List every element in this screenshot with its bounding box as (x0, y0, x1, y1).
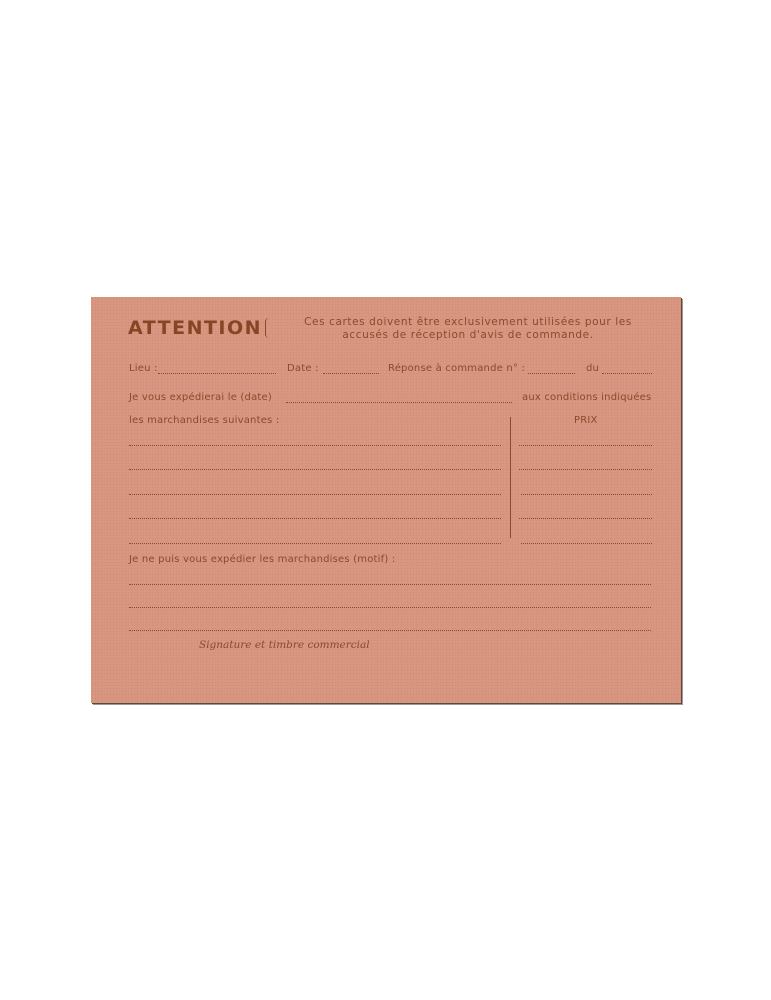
price-column-divider (510, 417, 511, 538)
motif-line-3[interactable] (129, 630, 651, 631)
lieu-field[interactable] (158, 373, 276, 374)
expedition-date-field[interactable] (286, 402, 512, 403)
signature-label: Signature et timbre commercial (199, 639, 370, 651)
usage-notice: Ces cartes doivent être exclusivement ut… (283, 316, 653, 342)
goods-line-2[interactable] (129, 469, 501, 470)
price-line-2[interactable] (519, 469, 652, 470)
refusal-motif-label: Je ne puis vous expédier les marchandise… (129, 554, 395, 565)
attention-title: ATTENTION (128, 317, 262, 339)
reponse-commande-label: Réponse à commande n° : (388, 363, 525, 374)
price-line-3[interactable] (521, 494, 652, 495)
date-field[interactable] (323, 373, 379, 374)
date-label: Date : (287, 363, 319, 374)
price-line-4[interactable] (519, 518, 652, 519)
usage-notice-line-2: accusés de réception d'avis de commande. (283, 329, 653, 342)
du-label: du (586, 363, 599, 374)
brace-divider (265, 318, 270, 338)
price-line-1[interactable] (519, 445, 652, 446)
usage-notice-line-1: Ces cartes doivent être exclusivement ut… (283, 316, 653, 329)
conditions-label: aux conditions indiquées (522, 392, 651, 403)
order-acknowledgement-card: ATTENTION Ces cartes doivent être exclus… (91, 297, 681, 703)
marchandises-label: les marchandises suivantes : (129, 415, 279, 426)
price-line-5[interactable] (521, 543, 652, 544)
prix-header: PRIX (574, 415, 598, 426)
motif-line-2[interactable] (129, 607, 651, 608)
goods-line-1[interactable] (129, 445, 501, 446)
goods-line-5[interactable] (129, 543, 501, 544)
goods-line-4[interactable] (129, 518, 501, 519)
expedier-date-label: Je vous expédierai le (date) (129, 392, 272, 403)
goods-line-3[interactable] (129, 494, 501, 495)
lieu-label: Lieu : (129, 363, 158, 374)
commande-number-field[interactable] (528, 373, 575, 374)
motif-line-1[interactable] (129, 584, 651, 585)
du-field[interactable] (602, 373, 652, 374)
